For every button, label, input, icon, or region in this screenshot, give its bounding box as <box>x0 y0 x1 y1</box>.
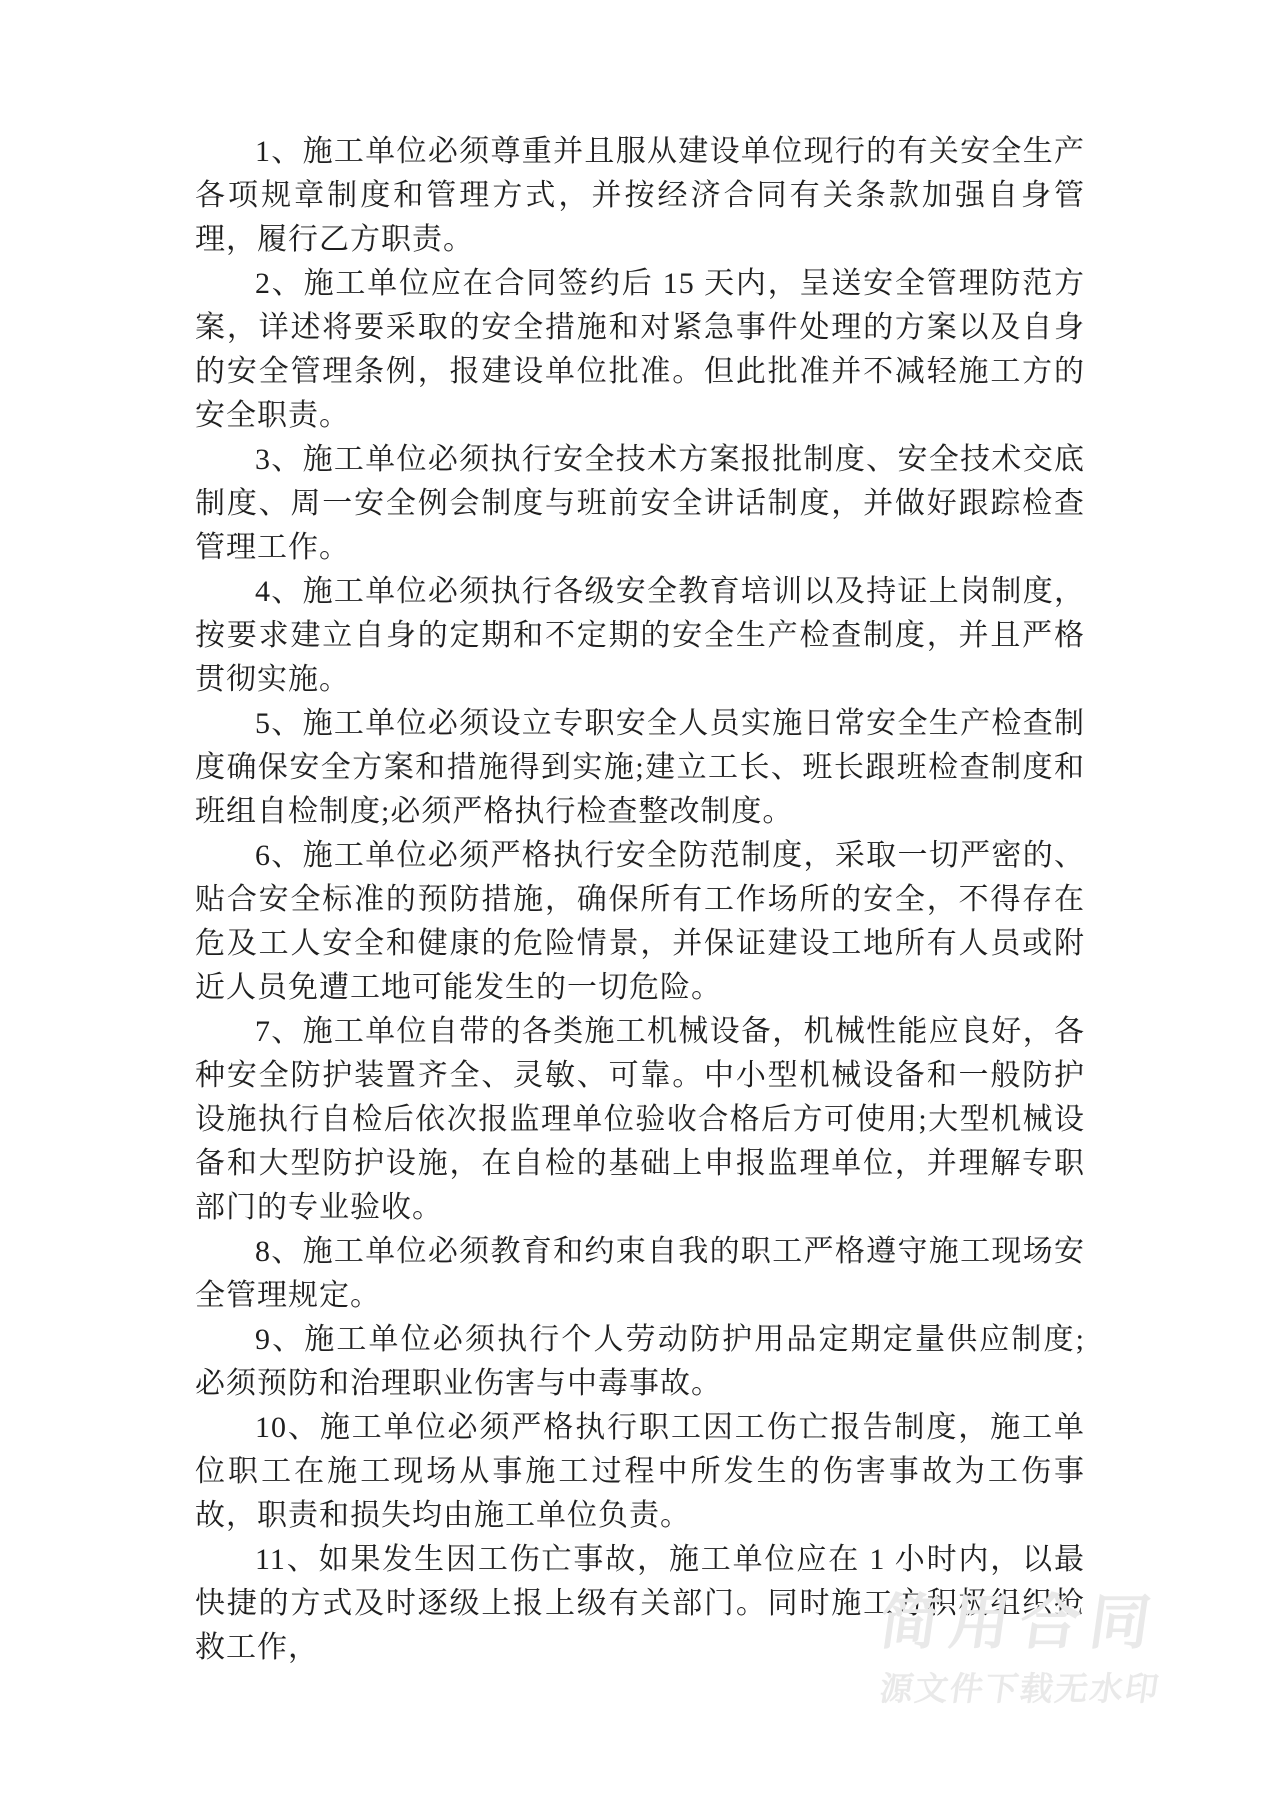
clause-8: 8、施工单位必须教育和约束自我的职工严格遵守施工现场安全管理规定。 <box>195 1230 1085 1318</box>
document-page: 1、施工单位必须尊重并且服从建设单位现行的有关安全生产各项规章制度和管理方式，并… <box>0 0 1280 1810</box>
clause-4: 4、施工单位必须执行各级安全教育培训以及持证上岗制度，按要求建立自身的定期和不定… <box>195 570 1085 702</box>
watermark: 简用合同 源文件下载无水印 <box>880 1592 1160 1706</box>
clause-3: 3、施工单位必须执行安全技术方案报批制度、安全技术交底制度、周一安全例会制度与班… <box>195 438 1085 570</box>
clause-1: 1、施工单位必须尊重并且服从建设单位现行的有关安全生产各项规章制度和管理方式，并… <box>195 130 1085 262</box>
clause-5: 5、施工单位必须设立专职安全人员实施日常安全生产检查制度确保安全方案和措施得到实… <box>195 702 1085 834</box>
clause-6: 6、施工单位必须严格执行安全防范制度，采取一切严密的、贴合安全标准的预防措施，确… <box>195 834 1085 1010</box>
watermark-tagline-text: 源文件下载无水印 <box>878 1672 1163 1706</box>
clause-2: 2、施工单位应在合同签约后 15 天内，呈送安全管理防范方案，详述将要采取的安全… <box>195 262 1085 438</box>
clause-9: 9、施工单位必须执行个人劳动防护用品定期定量供应制度;必须预防和治理职业伤害与中… <box>195 1318 1085 1406</box>
clause-10: 10、施工单位必须严格执行职工因工伤亡报告制度，施工单位职工在施工现场从事施工过… <box>195 1406 1085 1538</box>
clause-7: 7、施工单位自带的各类施工机械设备，机械性能应良好，各种安全防护装置齐全、灵敏、… <box>195 1010 1085 1230</box>
contract-body: 1、施工单位必须尊重并且服从建设单位现行的有关安全生产各项规章制度和管理方式，并… <box>195 130 1085 1670</box>
watermark-brand-text: 简用合同 <box>876 1592 1165 1654</box>
